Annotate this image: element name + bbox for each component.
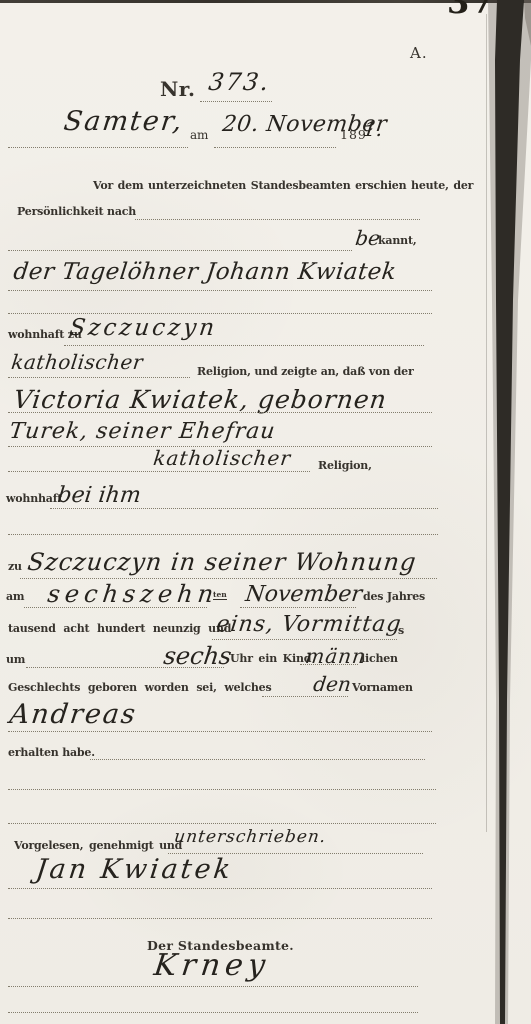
am-birth-label: am <box>6 590 24 603</box>
declarant-residence: Szczuczyn <box>68 315 219 341</box>
dotted-line <box>64 345 424 346</box>
dotted-line <box>8 731 432 732</box>
dotted-line <box>20 578 437 579</box>
birth-record-document-page: 373 A. Nr. 373. Samter, am 20. November … <box>0 0 531 1024</box>
intro-line-1: Vor dem unterzeichneten Standesbeamten e… <box>93 179 473 192</box>
vornamen-label: Vornamen <box>352 681 413 694</box>
dotted-line <box>8 986 418 987</box>
year-digit: 1. <box>362 117 384 141</box>
dotted-line <box>8 918 432 919</box>
vorgelesen-printed: Vorgelesen, genehmigt und <box>14 839 182 852</box>
dotted-line <box>200 101 272 102</box>
birth-month: November <box>244 582 364 607</box>
child-first-name: Andreas <box>8 699 139 730</box>
form-letter-a: A. <box>410 44 428 62</box>
um-label: um <box>6 653 25 666</box>
dotted-line <box>8 412 432 413</box>
zu-label: zu <box>8 560 22 573</box>
year-words-printed: tausend acht hundert neunzig und <box>8 622 231 635</box>
erhalten-habe-label: erhalten habe. <box>8 746 95 759</box>
declarant-religion: katholischer <box>10 350 144 374</box>
birth-hour: sechs <box>162 642 233 670</box>
record-number-value: 373. <box>207 68 272 96</box>
dotted-line <box>214 147 336 148</box>
declarant-signature: Jan Kwiatek <box>34 854 235 885</box>
dotted-line <box>8 534 438 535</box>
declarant-name-line: der Tagelöhner Johann Kwiatek <box>12 259 398 285</box>
dotted-line <box>8 250 352 251</box>
dotted-line <box>8 147 188 148</box>
religion-zeigte-an-printed: Religion, und zeigte an, daß von der <box>197 365 414 378</box>
dotted-line <box>8 377 190 378</box>
dotted-line <box>8 888 432 889</box>
intro-line-2: Persönlichkeit nach <box>17 205 136 218</box>
lichen-suffix-printed: lichen <box>361 652 398 665</box>
vormittags-suffix-printed: s <box>398 624 404 637</box>
dotted-line <box>50 508 438 509</box>
dotted-line <box>8 471 310 472</box>
dotted-line <box>8 789 436 790</box>
dotted-line <box>8 313 432 314</box>
mother-maiden-name-line: Turek, seiner Ehefrau <box>8 419 277 444</box>
child-sex-hand: männ <box>304 644 368 668</box>
unterschrieben-hand: unterschrieben. <box>173 827 327 847</box>
dotted-line <box>24 607 207 608</box>
dotted-line <box>90 759 425 760</box>
ten-suffix-printed: ten <box>213 590 227 600</box>
dotted-line <box>8 1012 418 1013</box>
dotted-line <box>240 607 356 608</box>
des-jahres-label: des Jahres <box>363 590 425 603</box>
place-of-registry: Samter, <box>62 106 185 137</box>
religion-printed: Religion, <box>318 459 372 472</box>
dotted-line <box>135 219 420 220</box>
birth-day: sechszehn <box>46 580 220 608</box>
dotted-line <box>212 639 397 640</box>
official-signature: Krney <box>152 948 272 983</box>
wohnhaft-label: wohnhaft <box>6 492 62 505</box>
geschlechts-line-printed: Geschlechts geboren worden sei, welches <box>8 681 271 694</box>
birth-year-hand: eins, Vormittag <box>215 612 403 637</box>
dotted-line <box>8 823 436 824</box>
am-label: am <box>190 128 208 142</box>
mother-religion: katholischer <box>152 446 292 470</box>
den-hand: den <box>312 672 352 696</box>
birthplace-line: Szczuczyn in seiner Wohnung <box>26 548 418 576</box>
dotted-line <box>8 290 432 291</box>
dotted-line <box>262 696 348 697</box>
bekannt-printed-suffix: kannt, <box>378 234 416 247</box>
mother-name-line: Victoria Kwiatek, gebornen <box>12 385 389 414</box>
record-number-label: Nr. <box>160 77 195 101</box>
mother-residence: bei ihm <box>56 483 142 508</box>
